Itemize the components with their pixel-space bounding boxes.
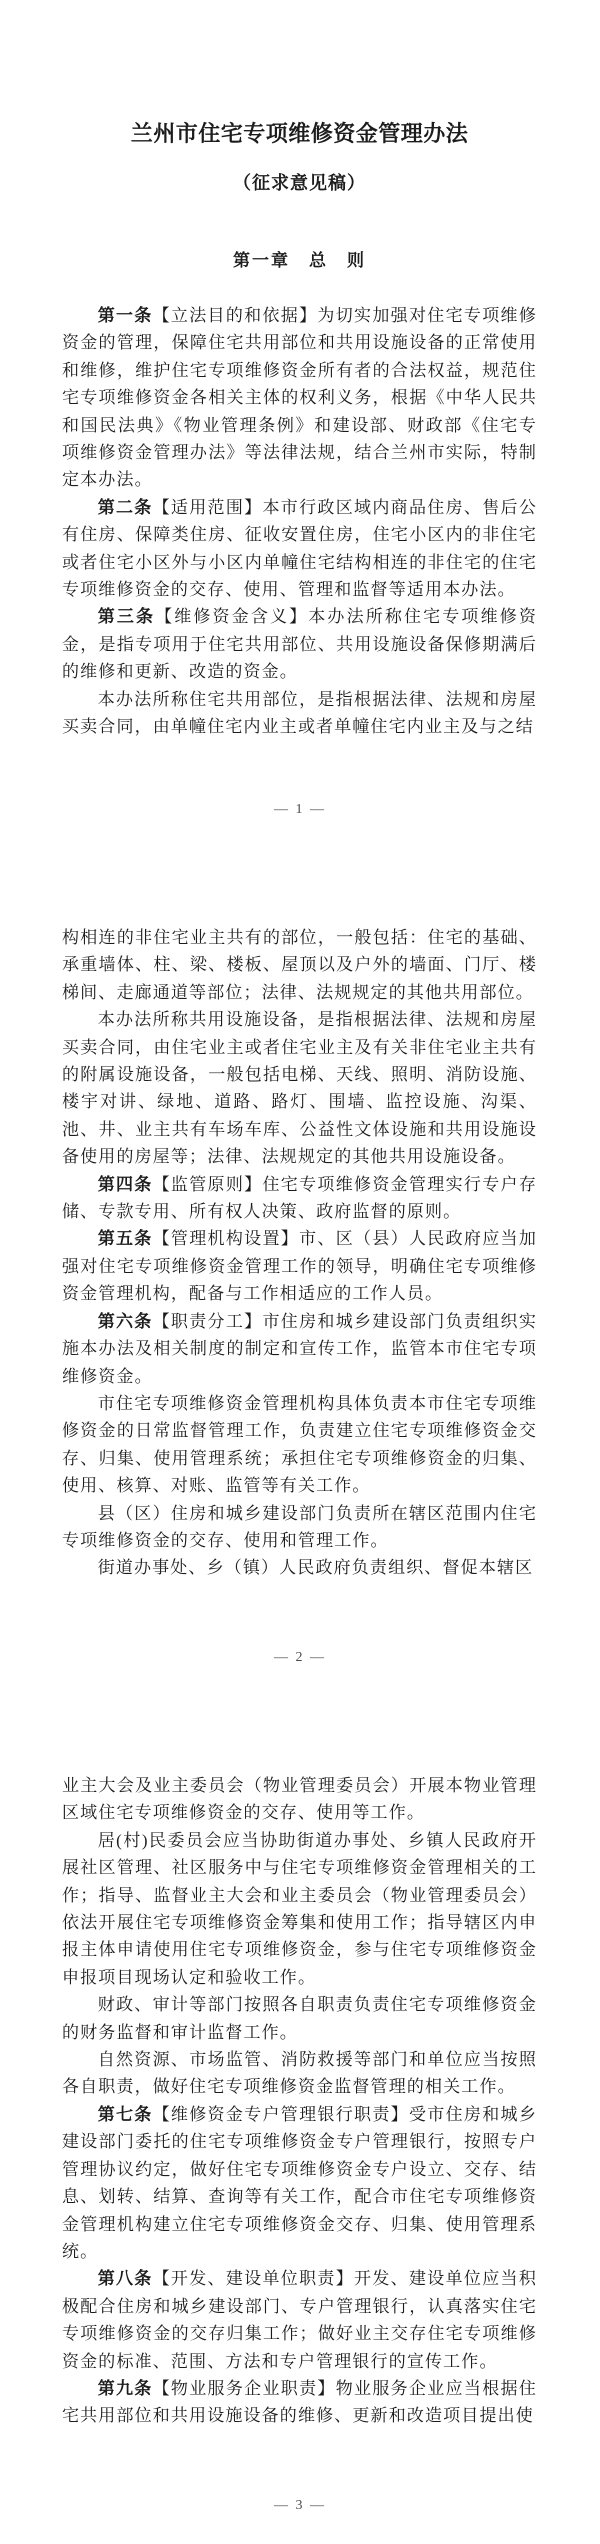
paragraph-text: 县（区）住房和城乡建设部门负责所在辖区范围内住宅专项维修资金的交存、使用和管理工… (62, 1504, 537, 1550)
article-label: 【开发、建设单位职责】 (153, 2269, 354, 2288)
paragraph: 第一条【立法目的和依据】为切实加强对住宅专项维修资金的管理，保障住宅共用部位和共… (62, 302, 537, 494)
paragraph: 财政、审计等部门按照各自职责负责住宅专项维修资金的财务监督和审计监督工作。 (62, 1991, 537, 2046)
paragraph-text: 财政、审计等部门按照各自职责负责住宅专项维修资金的财务监督和审计监督工作。 (62, 1995, 537, 2041)
article-number: 第九条 (98, 2379, 153, 2398)
article-number: 第五条 (98, 1229, 153, 1248)
paragraph: 第八条【开发、建设单位职责】开发、建设单位应当积极配合住房和城乡建设部门、专户管… (62, 2265, 537, 2375)
paragraph: 县（区）住房和城乡建设部门负责所在辖区范围内住宅专项维修资金的交存、使用和管理工… (62, 1500, 537, 1555)
paragraph: 自然资源、市场监管、消防救援等部门和单位应当按照各自职责，做好住宅专项维修资金监… (62, 2046, 537, 2101)
article-number: 第四条 (98, 1175, 153, 1194)
paragraph: 第七条【维修资金专户管理银行职责】受市住房和城乡建设部门委托的住宅专项维修资金专… (62, 2101, 537, 2265)
paragraph: 第五条【管理机构设置】市、区（县）人民政府应当加强对住宅专项维修资金管理工作的领… (62, 1225, 537, 1307)
paragraph-text: 业主大会及业主委员会（物业管理委员会）开展本物业管理区域住宅专项维修资金的交存、… (62, 1776, 537, 1822)
article-number: 第八条 (98, 2269, 153, 2288)
paragraph: 市住宅专项维修资金管理机构具体负责本市住宅专项维修资金的日常监督管理工作，负责建… (62, 1390, 537, 1500)
paragraph: 第四条【监管原则】住宅专项维修资金管理实行专户存储、专款专用、所有权人决策、政府… (62, 1171, 537, 1226)
article-label: 【维修资金专户管理银行职责】 (153, 2105, 409, 2124)
paragraph: 居(村)民委员会应当协助街道办事处、乡镇人民政府开展社区管理、社区服务中与住宅专… (62, 1827, 537, 1991)
article-number: 第七条 (98, 2105, 153, 2124)
article-number: 第二条 (98, 498, 153, 517)
document-subtitle: （征求意见稿） (62, 170, 537, 196)
article-label: 【物业服务企业职责】 (153, 2379, 336, 2398)
chapter-heading: 第一章 总 则 (62, 248, 537, 274)
article-label: 【管理机构设置】 (153, 1229, 300, 1248)
paragraph-text: 本办法所称住宅共用部位，是指根据法律、法规和房屋买卖合同，由单幢住宅内业主或者单… (62, 690, 537, 736)
article-label: 【维修资金含义】 (155, 607, 308, 626)
page-number: — 2 — (0, 1650, 600, 1666)
paragraph-text: 受市住房和城乡建设部门委托的住宅专项维修资金专户管理银行，按照专户管理协议约定，… (62, 2105, 537, 2261)
paragraph-text: 自然资源、市场监管、消防救援等部门和单位应当按照各自职责，做好住宅专项维修资金监… (62, 2050, 537, 2096)
paragraph-text: 市住宅专项维修资金管理机构具体负责本市住宅专项维修资金的日常监督管理工作，负责建… (62, 1394, 537, 1495)
paragraph: 第六条【职责分工】市住房和城乡建设部门负责组织实施本办法及相关制度的制定和宣传工… (62, 1308, 537, 1390)
paragraph: 本办法所称住宅共用部位，是指根据法律、法规和房屋买卖合同，由单幢住宅内业主或者单… (62, 686, 537, 741)
paragraph-text: 构相连的非住宅业主共有的部位，一般包括：住宅的基础、承重墙体、柱、梁、楼板、屋顶… (62, 928, 537, 1002)
document-page-1: 兰州市住宅专项维修资金管理办法（征求意见稿）第一章 总 则第一条【立法目的和依据… (0, 0, 600, 848)
page-body: 构相连的非住宅业主共有的部位，一般包括：住宅的基础、承重墙体、柱、梁、楼板、屋顶… (62, 924, 537, 1582)
article-number: 第六条 (98, 1312, 153, 1331)
document-page-2: 构相连的非住宅业主共有的部位，一般包括：住宅的基础、承重墙体、柱、梁、楼板、屋顶… (0, 848, 600, 1696)
paragraph: 构相连的非住宅业主共有的部位，一般包括：住宅的基础、承重墙体、柱、梁、楼板、屋顶… (62, 924, 537, 1006)
article-label: 【立法目的和依据】 (153, 306, 318, 325)
paragraph: 第九条【物业服务企业职责】物业服务企业应当根据住宅共用部位和共用设施设备的维修、… (62, 2375, 537, 2430)
page-body: 业主大会及业主委员会（物业管理委员会）开展本物业管理区域住宅专项维修资金的交存、… (62, 1772, 537, 2430)
paragraph: 业主大会及业主委员会（物业管理委员会）开展本物业管理区域住宅专项维修资金的交存、… (62, 1772, 537, 1827)
article-label: 【监管原则】 (153, 1175, 263, 1194)
page-number: — 3 — (0, 2498, 600, 2514)
paragraph-text: 为切实加强对住宅专项维修资金的管理，保障住宅共用部位和共用设施设备的正常使用和维… (62, 306, 537, 489)
paragraph: 第二条【适用范围】本市行政区域内商品住房、售后公有住房、保障类住房、征收安置住房… (62, 494, 537, 604)
paragraph: 本办法所称共用设施设备，是指根据法律、法规和房屋买卖合同，由住宅业主或者住宅业主… (62, 1006, 537, 1170)
article-label: 【适用范围】 (153, 498, 263, 517)
document-viewer: 兰州市住宅专项维修资金管理办法（征求意见稿）第一章 总 则第一条【立法目的和依据… (0, 0, 600, 2544)
paragraph-text: 本办法所称共用设施设备，是指根据法律、法规和房屋买卖合同，由住宅业主或者住宅业主… (62, 1010, 537, 1166)
document-page-3: 业主大会及业主委员会（物业管理委员会）开展本物业管理区域住宅专项维修资金的交存、… (0, 1696, 600, 2544)
paragraph: 街道办事处、乡（镇）人民政府负责组织、督促本辖区 (62, 1554, 537, 1581)
article-number: 第一条 (98, 306, 153, 325)
paragraph-text: 居(村)民委员会应当协助街道办事处、乡镇人民政府开展社区管理、社区服务中与住宅专… (62, 1831, 537, 1987)
paragraph-text: 街道办事处、乡（镇）人民政府负责组织、督促本辖区 (98, 1558, 534, 1577)
page-body: 第一条【立法目的和依据】为切实加强对住宅专项维修资金的管理，保障住宅共用部位和共… (62, 302, 537, 741)
article-label: 【职责分工】 (153, 1312, 263, 1331)
document-title: 兰州市住宅专项维修资金管理办法 (62, 118, 537, 150)
article-number: 第三条 (98, 607, 155, 626)
page-number: — 1 — (0, 802, 600, 818)
document-pages: 兰州市住宅专项维修资金管理办法（征求意见稿）第一章 总 则第一条【立法目的和依据… (0, 0, 600, 2544)
paragraph: 第三条【维修资金含义】本办法所称住宅专项维修资金，是指专项用于住宅共用部位、共用… (62, 603, 537, 685)
